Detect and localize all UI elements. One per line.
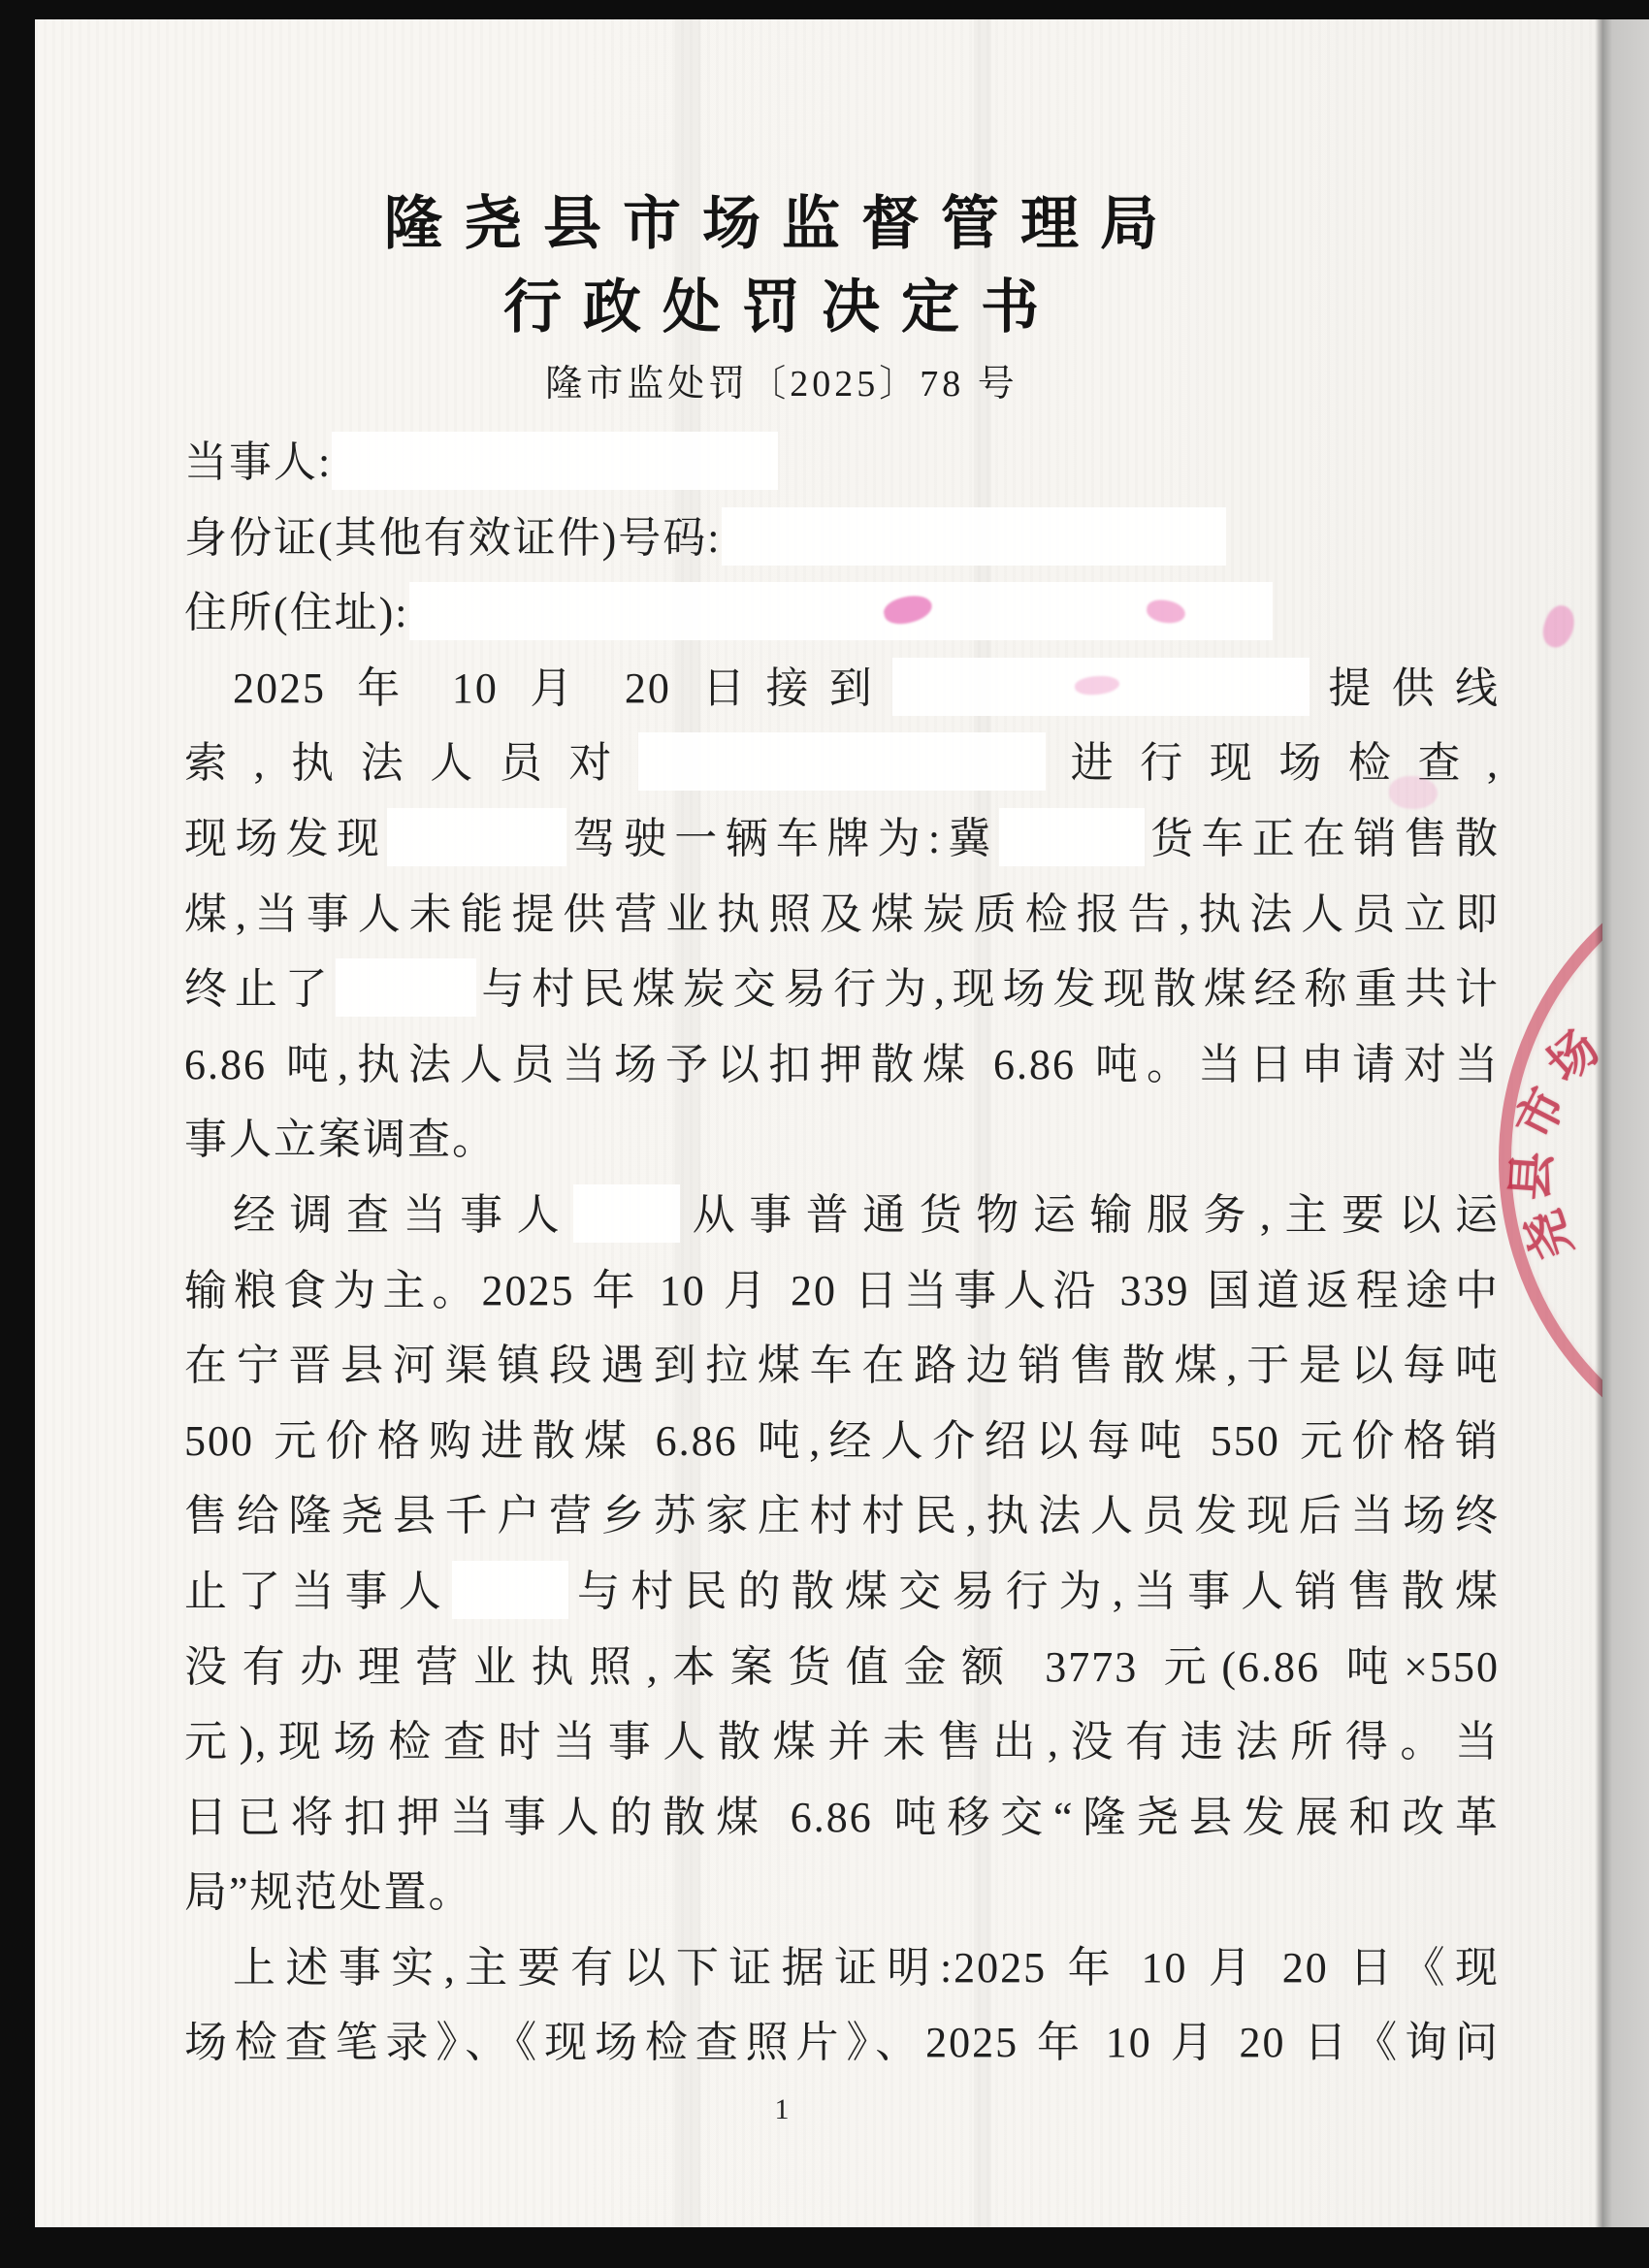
redaction-box <box>452 1561 568 1619</box>
redaction-box <box>638 732 1046 791</box>
body-text-segment: 上述事实,主要有以下证据证明:2025 年 10 月 20 日《现 <box>233 1944 1500 1992</box>
body-line: 场检查笔录》、《现场检查照片》、2025 年 10 月 20 日《询问 <box>184 2005 1500 2081</box>
body-text-segment: 2025 年 10 月 20 日接到 <box>233 664 892 712</box>
body-text-segment: 终止了 <box>184 965 336 1013</box>
body-line: 住所(住址): <box>184 575 1500 651</box>
scan-frame-bottom <box>0 2227 1649 2268</box>
body-line: 没有办理营业执照,本案货值金额 3773 元(6.86 吨×550 <box>184 1630 1500 1705</box>
body-line: 止了当事人与村民的散煤交易行为,当事人销售散煤 <box>184 1554 1500 1630</box>
body-line: 输粮食为主。2025 年 10 月 20 日当事人沿 339 国道返程途中 <box>184 1253 1500 1329</box>
redaction-box <box>999 808 1145 866</box>
body-text-segment: 经调查当事人 <box>233 1191 573 1239</box>
redaction-box <box>332 432 778 490</box>
body-line: 6.86 吨,执法人员当场予以扣押散煤 6.86 吨。当日申请对当 <box>184 1027 1500 1103</box>
doc-number: 隆市监处罚〔2025〕78 号 <box>124 359 1439 409</box>
body-text-segment: 现场发现 <box>184 815 387 862</box>
redaction-box <box>722 507 1226 566</box>
body-text-segment: 元),现场检查时当事人散煤并未售出,没有违法所得。当 <box>184 1718 1500 1766</box>
body-text-segment: 驾驶一辆车牌为:冀 <box>566 815 998 862</box>
redaction-box <box>409 582 1273 640</box>
body-text-segment: 事人立案调查。 <box>184 1116 497 1163</box>
redaction-box <box>387 808 566 866</box>
body-text-segment: 售给隆尧县千户营乡苏家庄村村民,执法人员发现后当场终 <box>184 1492 1500 1539</box>
scan-frame-left <box>0 0 35 2268</box>
body-line: 在宁晋县河渠镇段遇到拉煤车在路边销售散煤,于是以每吨 <box>184 1328 1500 1404</box>
seal-character: 县 <box>1491 1150 1564 1203</box>
body-text-segment: 当事人: <box>184 438 332 486</box>
body-line: 2025 年 10 月 20 日接到提供线 <box>184 651 1500 727</box>
body-text-segment: 场检查笔录》、《现场检查照片》、2025 年 10 月 20 日《询问 <box>184 2019 1500 2066</box>
body-text-segment: 身份证(其他有效证件)号码: <box>184 514 722 562</box>
body-text-segment: 6.86 吨,执法人员当场予以扣押散煤 6.86 吨。当日申请对当 <box>184 1041 1500 1088</box>
body-line: 元),现场检查时当事人散煤并未售出,没有违法所得。当 <box>184 1704 1500 1780</box>
body-line: 身份证(其他有效证件)号码: <box>184 501 1500 576</box>
body-text-segment: 索,执法人员对 <box>184 739 638 787</box>
body-text-segment: 止了当事人 <box>184 1568 452 1615</box>
paper-page: 隆尧县市场监督管理局 行政处罚决定书 隆市监处罚〔2025〕78 号 当事人:身… <box>35 19 1602 2227</box>
body-text-segment: 煤,当事人未能提供营业执照及煤炭质检报告,执法人员立即 <box>184 891 1500 938</box>
body-line: 经调查当事人从事普通货物运输服务,主要以运 <box>184 1178 1500 1253</box>
page-edge-shadow <box>1595 0 1602 2268</box>
body-text-segment: 500 元价格购进散煤 6.86 吨,经人介绍以每吨 550 元价格销 <box>184 1417 1500 1465</box>
body-line: 日已将扣押当事人的散煤 6.86 吨移交“隆尧县发展和改革 <box>184 1780 1500 1856</box>
body-line: 售给隆尧县千户营乡苏家庄村村民,执法人员发现后当场终 <box>184 1478 1500 1554</box>
scan-frame-top <box>0 0 1649 19</box>
body-text-segment: 从事普通货物运输服务,主要以运 <box>680 1191 1500 1239</box>
page-number: 1 <box>124 2093 1439 2126</box>
body-text-segment: 货车正在销售散 <box>1145 815 1500 862</box>
body-text-segment: 与村民的散煤交易行为,当事人销售散煤 <box>568 1568 1500 1615</box>
body-text-segment: 没有办理营业执照,本案货值金额 3773 元(6.86 吨×550 <box>184 1643 1500 1691</box>
body-text-segment: 在宁晋县河渠镇段遇到拉煤车在路边销售散煤,于是以每吨 <box>184 1342 1500 1389</box>
body-line: 现场发现驾驶一辆车牌为:冀货车正在销售散 <box>184 801 1500 877</box>
body-line: 当事人: <box>184 425 1500 501</box>
body-text-segment: 日已将扣押当事人的散煤 6.86 吨移交“隆尧县发展和改革 <box>184 1794 1500 1841</box>
document-header: 隆尧县市场监督管理局 行政处罚决定书 隆市监处罚〔2025〕78 号 <box>124 182 1439 409</box>
body-line: 上述事实,主要有以下证据证明:2025 年 10 月 20 日《现 <box>184 1930 1500 2006</box>
body-line: 事人立案调查。 <box>184 1102 1500 1178</box>
body-text: 当事人:身份证(其他有效证件)号码:住所(住址):2025 年 10 月 20 … <box>184 425 1500 2081</box>
body-line: 索,执法人员对进行现场检查, <box>184 726 1500 801</box>
scanner-right-band <box>1602 0 1649 2268</box>
doc-type-title: 行政处罚决定书 <box>124 266 1439 349</box>
body-line: 煤,当事人未能提供营业执照及煤炭质检报告,执法人员立即 <box>184 877 1500 953</box>
redaction-box <box>573 1184 680 1243</box>
body-text-segment: 提供线 <box>1309 664 1500 712</box>
body-line: 终止了与村民煤炭交易行为,现场发现散煤经称重共计 <box>184 952 1500 1027</box>
body-text-segment: 住所(住址): <box>184 589 409 636</box>
body-line: 500 元价格购进散煤 6.86 吨,经人介绍以每吨 550 元价格销 <box>184 1404 1500 1479</box>
body-line: 局”规范处置。 <box>184 1855 1500 1930</box>
body-text-segment: 局”规范处置。 <box>184 1868 473 1916</box>
agency-title: 隆尧县市场监督管理局 <box>124 182 1439 266</box>
body-text-segment: 与村民煤炭交易行为,现场发现散煤经称重共计 <box>476 965 1501 1013</box>
pink-smudge <box>1389 776 1438 809</box>
redaction-box <box>336 958 476 1017</box>
body-text-segment: 进行现场检查, <box>1046 739 1500 787</box>
scanned-document: 隆尧县市场监督管理局 行政处罚决定书 隆市监处罚〔2025〕78 号 当事人:身… <box>0 0 1649 2268</box>
body-text-segment: 输粮食为主。2025 年 10 月 20 日当事人沿 339 国道返程途中 <box>184 1267 1500 1314</box>
